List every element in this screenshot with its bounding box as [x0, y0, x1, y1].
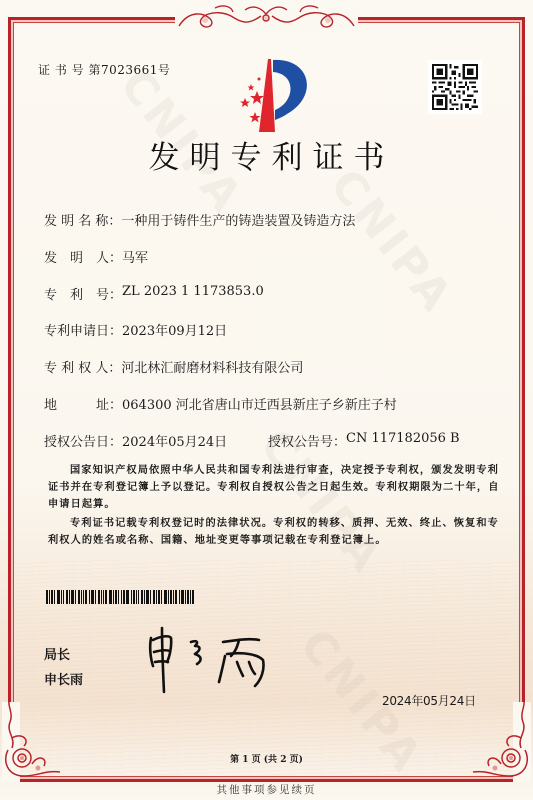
field-patent-number: 专 利 号： ZL 2023 1 1173853.0 [44, 284, 264, 303]
field-grant-date: 授权公告日： 2024年05月24日 [44, 431, 227, 450]
page-indicator: 第 1 页 (共 2 页) [0, 752, 533, 765]
field-grant-number: 授权公告号： CN 117182056 B [268, 431, 460, 450]
field-value: ZL 2023 1 1173853.0 [122, 284, 264, 303]
legal-paragraph-grant: 国家知识产权局依照中华人民共和国专利法进行审查，决定授予专利权，颁发发明专利证书… [48, 462, 500, 513]
field-value: CN 117182056 B [346, 431, 460, 450]
field-value: 064300 河北省唐山市迁西县新庄子乡新庄子村 [122, 394, 397, 413]
ornament-corner-icon [471, 692, 531, 782]
director-name: 申长雨 [44, 669, 83, 688]
qr-code-icon[interactable] [428, 60, 482, 114]
field-value: 马军 [122, 247, 148, 266]
field-label: 授权公告日： [44, 431, 122, 450]
field-inventor: 发 明 人： 马军 [44, 247, 148, 266]
ornament-corner-icon [2, 692, 62, 782]
ornament-scroll-icon [175, 2, 358, 32]
field-label: 授权公告号： [268, 431, 346, 450]
field-label: 专 利 权 人： [44, 357, 121, 376]
cnipa-logo-icon [215, 56, 315, 134]
signature-icon [145, 620, 275, 700]
field-label: 发 明 名 称： [44, 210, 121, 229]
field-label: 发 明 人： [44, 247, 122, 266]
field-value: 2024年05月24日 [122, 431, 227, 450]
field-patentee: 专 利 权 人： 河北林汇耐磨材料科技有限公司 [44, 357, 303, 376]
field-value: 河北林汇耐磨材料科技有限公司 [121, 357, 303, 376]
continued-note: 其他事项参见续页 [0, 782, 533, 797]
barcode-icon [46, 590, 231, 604]
document-title: 发明专利证书 [0, 132, 533, 177]
field-label: 地 址： [44, 394, 122, 413]
field-label: 专利申请日： [44, 320, 122, 339]
director-title: 局长 [44, 644, 70, 663]
certificate-number: 证 书 号 第7023661号 [38, 61, 170, 78]
field-application-date: 专利申请日： 2023年09月12日 [44, 320, 227, 339]
field-value: 2023年09月12日 [122, 320, 227, 339]
field-invention-name: 发 明 名 称： 一种用于铸件生产的铸造装置及铸造方法 [44, 210, 355, 229]
legal-paragraph-status: 专利证书记载专利权登记时的法律状况。专利权的转移、质押、无效、终止、恢复和专利权… [48, 515, 500, 549]
field-value: 一种用于铸件生产的铸造装置及铸造方法 [121, 210, 355, 229]
field-address: 地 址： 064300 河北省唐山市迁西县新庄子乡新庄子村 [44, 394, 397, 413]
issue-date: 2024年05月24日 [382, 692, 476, 709]
field-label: 专 利 号： [44, 284, 122, 303]
